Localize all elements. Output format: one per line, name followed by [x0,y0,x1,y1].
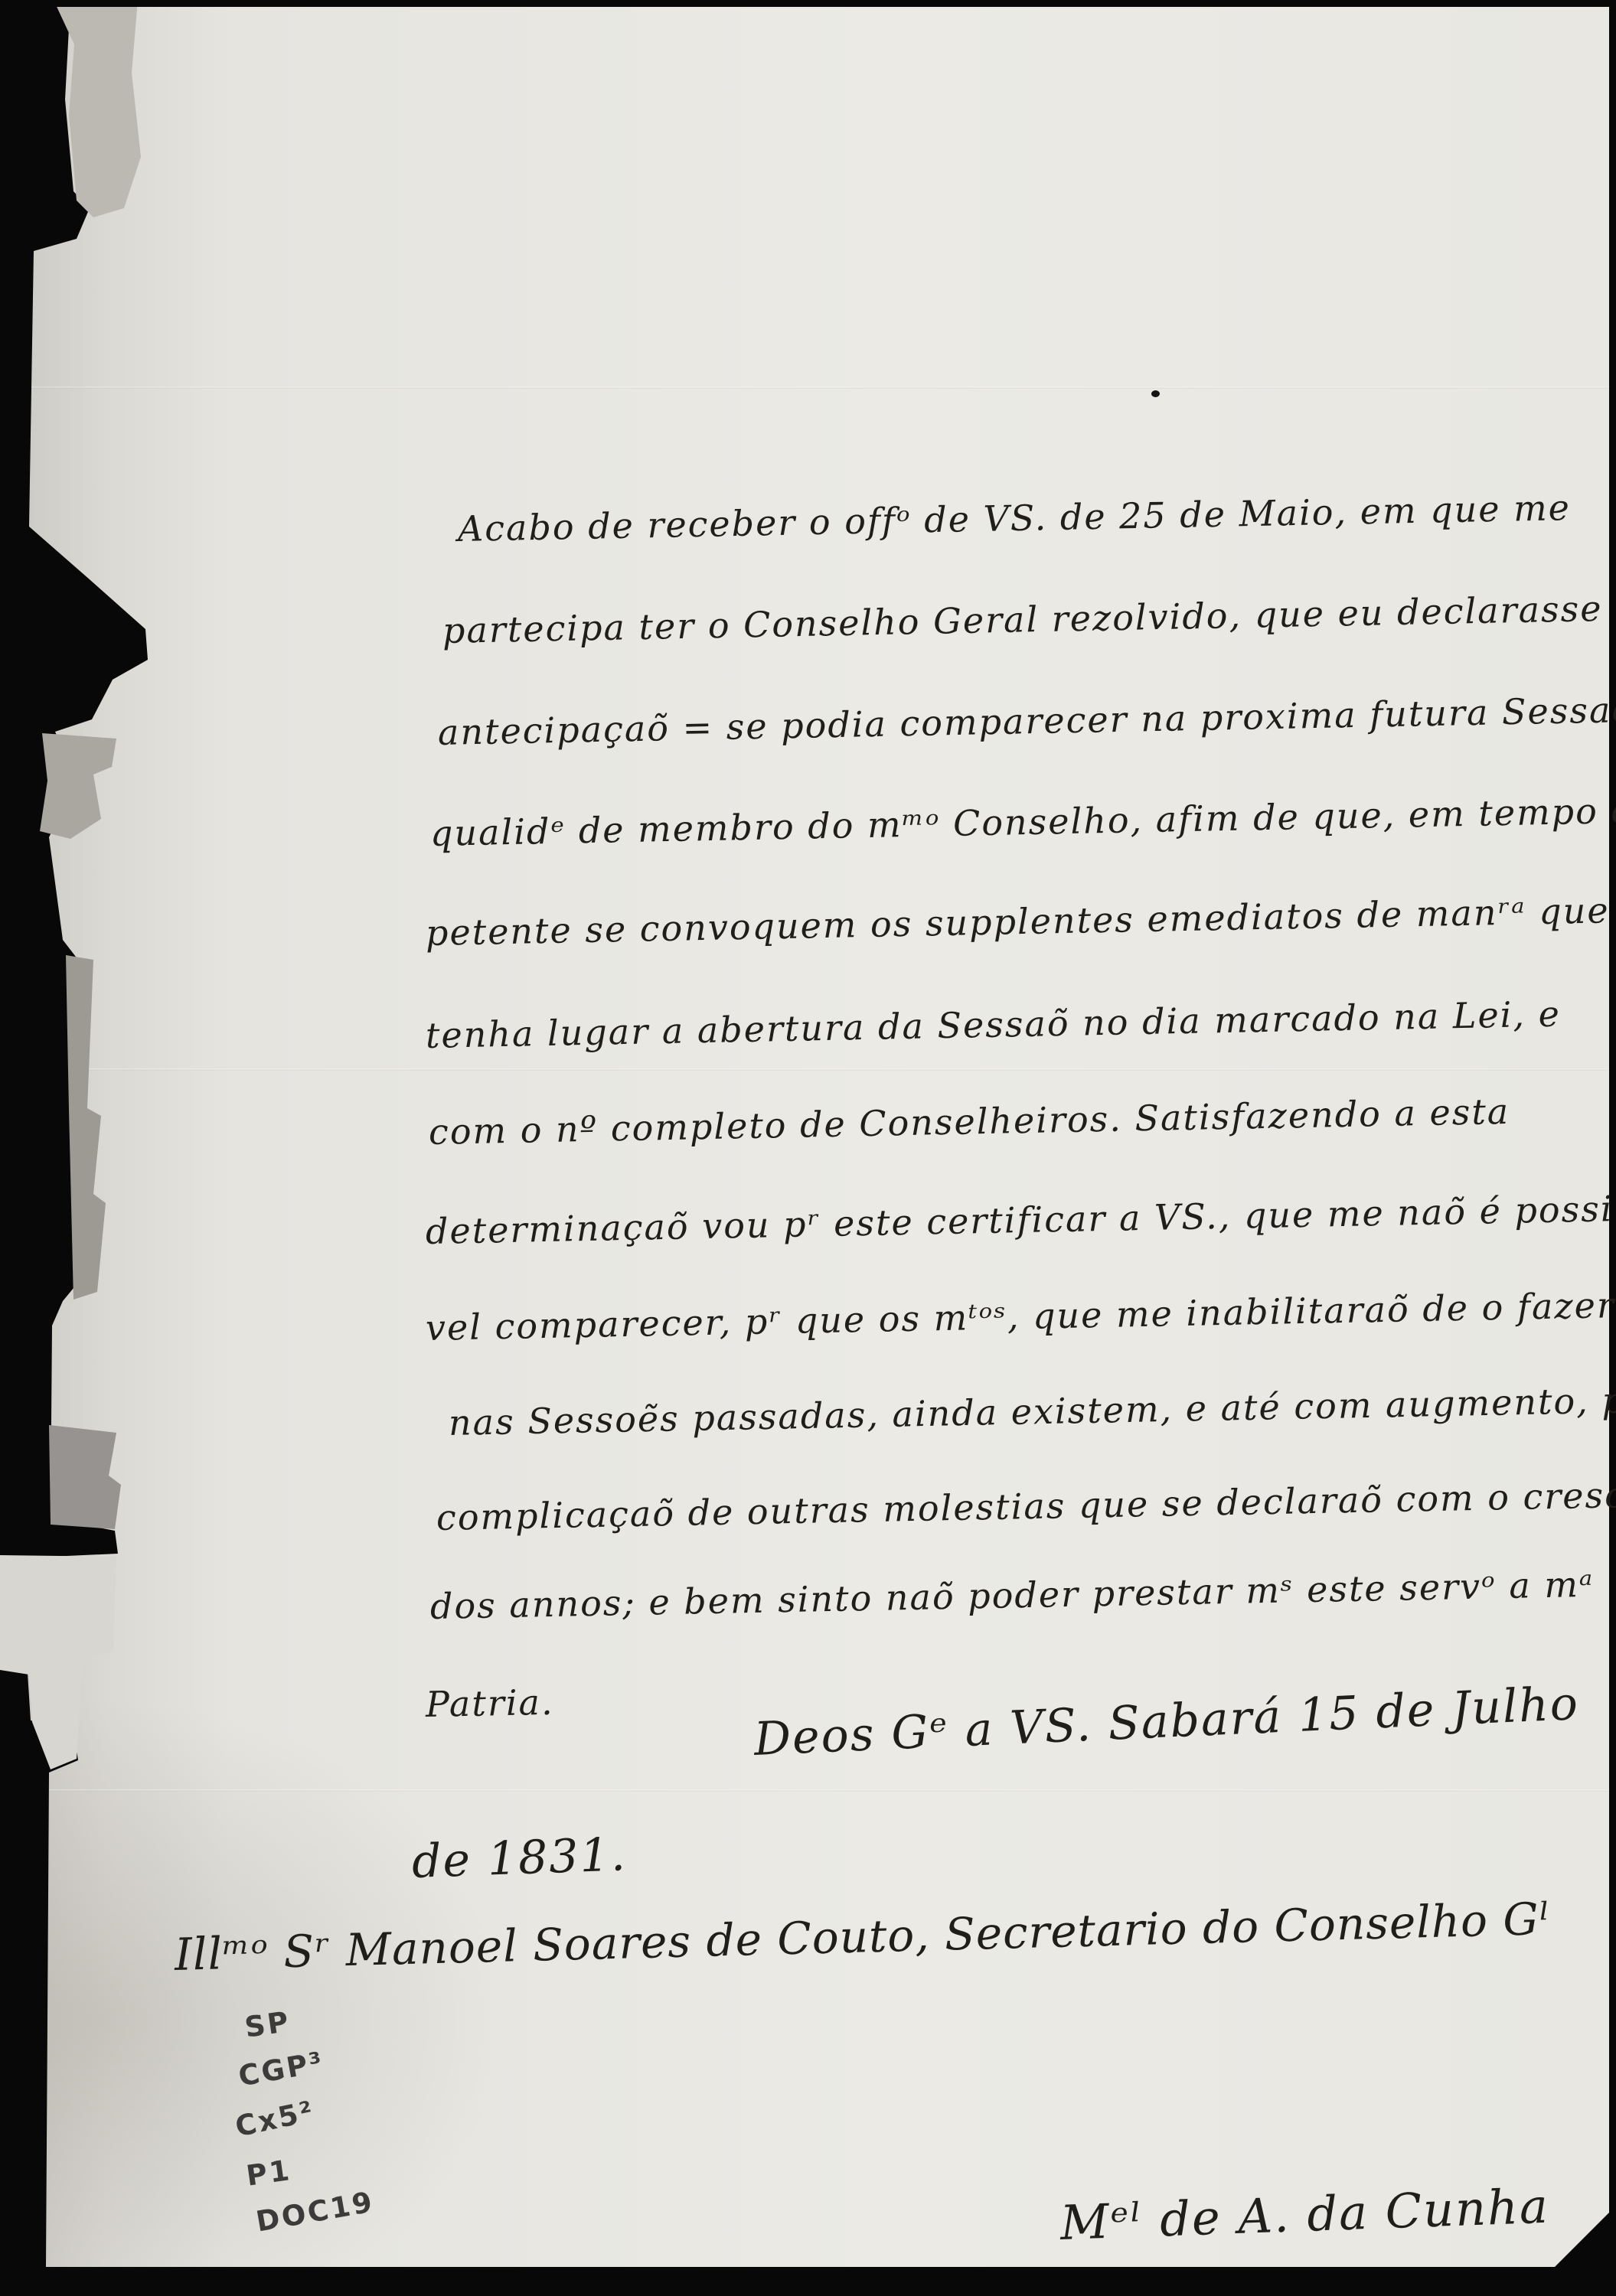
archival-mark-fund: SP [243,2005,292,2044]
torn-fragment [40,733,116,839]
archival-mark-folder: P1 [244,2154,293,2193]
document-scan: Acabo de receber o offᵒ de VS. de 25 de … [0,0,1616,2296]
scan-edge-right [1609,0,1616,2296]
torn-fragment [49,1425,121,1529]
scan-edge-bottom [0,2267,1616,2296]
clipped-corner [1555,2206,1616,2267]
torn-left-edge [0,0,168,2296]
scan-edge-top [0,0,1616,7]
ink-dot [1151,390,1160,397]
fold-crease [0,386,1616,389]
fold-crease [0,1068,1616,1071]
fold-crease [0,1789,1616,1792]
letter-line-13: Patria. [425,1681,554,1725]
closing-year: de 1831. [411,1828,628,1889]
